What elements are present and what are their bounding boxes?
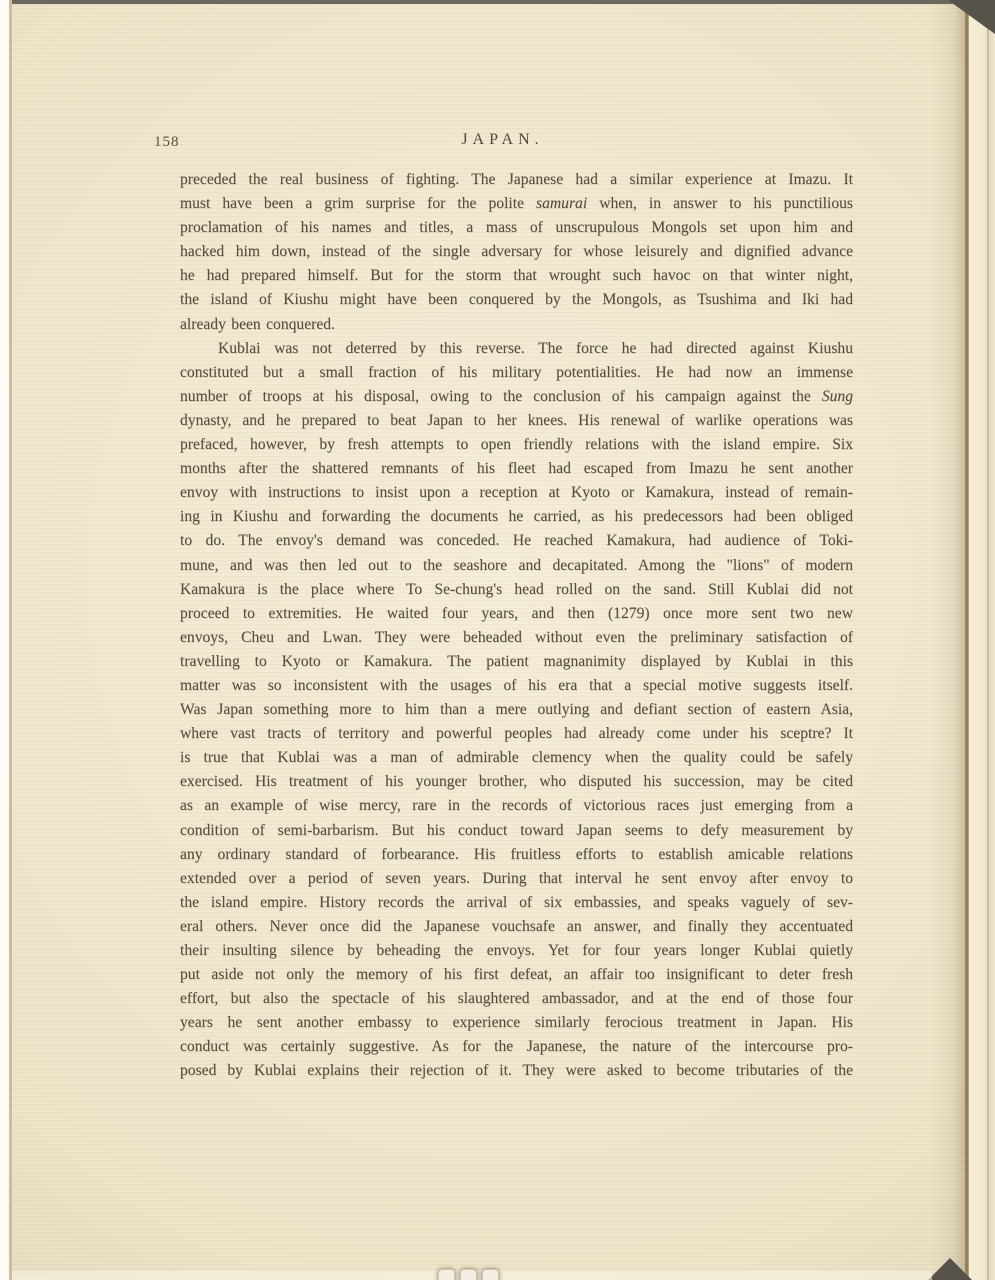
text-line: prefaced, however, by fresh attempts to … (180, 433, 853, 457)
book-page-scan: 158 JAPAN. preceded the real business of… (0, 0, 995, 1280)
scanner-left-margin (0, 0, 9, 1280)
text-line: proclamation of his names and titles, a … (180, 216, 853, 240)
text-line: years he sent another embassy to experie… (180, 1011, 853, 1035)
text-line: hacked him down, instead of the single a… (180, 240, 853, 264)
text-line: is true that Kublai was a man of admirab… (180, 746, 853, 770)
text-line: constituted but a small fraction of his … (180, 361, 853, 385)
text-line: extended over a period of seven years. D… (180, 867, 853, 891)
drag-handle-icon[interactable] (438, 1269, 508, 1280)
text-line: Kamakura is the place where To Se-chung'… (180, 578, 853, 602)
page-header: 158 JAPAN. (180, 128, 853, 152)
printed-page-content: 158 JAPAN. preceded the real business of… (180, 128, 853, 1084)
text-line: conduct was certainly suggestive. As for… (180, 1035, 853, 1059)
text-line: their insulting silence by beheading the… (180, 939, 853, 963)
paragraph: Kublai was not deterred by this reverse.… (180, 337, 853, 1084)
scan-top-edge (0, 0, 995, 4)
text-line: envoys, Cheu and Lwan. They were beheade… (180, 626, 853, 650)
text-line: months after the shattered remnants of h… (180, 457, 853, 481)
text-line: where vast tracts of territory and power… (180, 722, 853, 746)
next-page-edge-line (987, 0, 989, 1280)
text-line: dynasty, and he prepared to beat Japan t… (180, 409, 853, 433)
text-line: the island of Kiushu might have been con… (180, 288, 853, 312)
text-line: proceed to extremities. He waited four y… (180, 602, 853, 626)
text-line: Was Japan something more to him than a m… (180, 698, 853, 722)
text-line: to do. The envoy's demand was conceded. … (180, 529, 853, 553)
text-line: posed by Kublai explains their rejection… (180, 1059, 853, 1083)
text-line: mune, and was then led out to the seasho… (180, 554, 853, 578)
text-line: already been conquered. (180, 313, 853, 337)
page-number: 158 (154, 134, 180, 151)
text-line: must have been a grim surprise for the p… (180, 192, 853, 216)
text-line: preceded the real business of fighting. … (180, 168, 853, 192)
text-line: any ordinary standard of forbearance. Hi… (180, 843, 853, 867)
text-line: envoy with instructions to insist upon a… (180, 481, 853, 505)
text-line: Kublai was not deterred by this reverse.… (180, 337, 853, 361)
text-line: condition of semi-barbarism. But his con… (180, 819, 853, 843)
handle-dot (482, 1269, 499, 1280)
text-line: ing in Kiushu and forwarding the documen… (180, 505, 853, 529)
handle-dot (438, 1269, 455, 1280)
text-line: effort, but also the spectacle of his sl… (180, 987, 853, 1011)
text-line: travelling to Kyoto or Kamakura. The pat… (180, 650, 853, 674)
handle-dot (460, 1269, 477, 1280)
text-line: put aside not only the memory of his fir… (180, 963, 853, 987)
text-line: as an example of wise mercy, rare in the… (180, 794, 853, 818)
running-title: JAPAN. (180, 131, 825, 149)
page-edge-shadow (930, 0, 966, 1280)
paragraph: preceded the real business of fighting. … (180, 168, 853, 337)
page-left-edge-line (9, 0, 12, 1280)
text-line: eral others. Never once did the Japanese… (180, 915, 853, 939)
text-line: the island empire. History records the a… (180, 891, 853, 915)
page-body: preceded the real business of fighting. … (180, 168, 853, 1084)
text-line: he had prepared himself. But for the sto… (180, 264, 853, 288)
next-page-edge (969, 0, 995, 1280)
text-line: number of troops at his disposal, owing … (180, 385, 853, 409)
text-line: exercised. His treatment of his younger … (180, 770, 853, 794)
text-line: matter was so inconsistent with the usag… (180, 674, 853, 698)
